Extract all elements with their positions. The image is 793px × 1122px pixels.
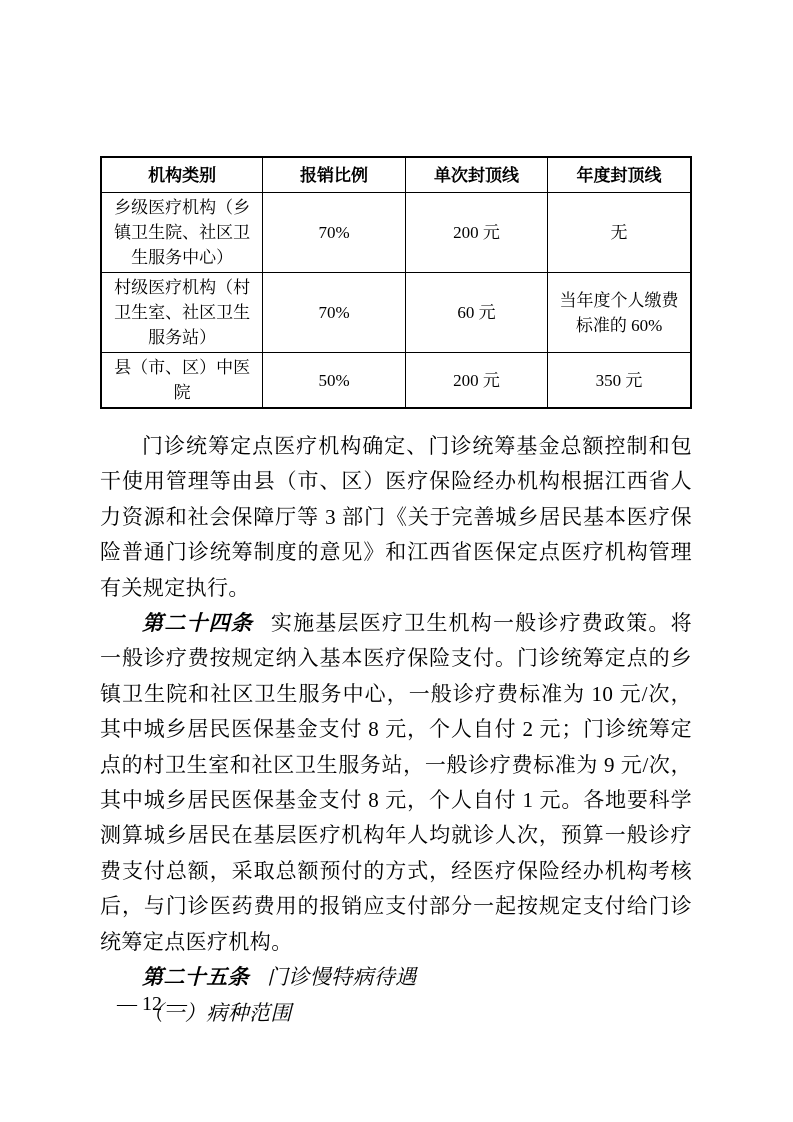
paragraph-subsection-disease-scope: （一）病种范围 <box>100 996 692 1031</box>
cell-ratio: 50% <box>263 353 406 409</box>
cell-institution: 乡级医疗机构（乡镇卫生院、社区卫生服务中心） <box>101 193 263 273</box>
reimbursement-table: 机构类别 报销比例 单次封顶线 年度封顶线 乡级医疗机构（乡镇卫生院、社区卫生服… <box>100 156 692 409</box>
table-header-row: 机构类别 报销比例 单次封顶线 年度封顶线 <box>101 157 691 193</box>
table-row: 县（市、区）中医院 50% 200 元 350 元 <box>101 353 691 409</box>
paragraph-outpatient-management: 门诊统筹定点医疗机构确定、门诊统筹基金总额控制和包干使用管理等由县（市、区）医疗… <box>100 429 692 606</box>
cell-per-visit-cap: 60 元 <box>405 273 547 353</box>
article-number: 第二十四条 <box>142 611 253 635</box>
body-text: 门诊统筹定点医疗机构确定、门诊统筹基金总额控制和包干使用管理等由县（市、区）医疗… <box>100 429 692 1031</box>
column-header-per-visit-cap: 单次封顶线 <box>405 157 547 193</box>
column-header-reimbursement-ratio: 报销比例 <box>263 157 406 193</box>
cell-per-visit-cap: 200 元 <box>405 193 547 273</box>
column-header-institution-type: 机构类别 <box>101 157 263 193</box>
article-number: 第二十五条 <box>142 965 249 989</box>
cell-annual-cap: 350 元 <box>548 353 691 409</box>
cell-per-visit-cap: 200 元 <box>405 353 547 409</box>
table-row: 乡级医疗机构（乡镇卫生院、社区卫生服务中心） 70% 200 元 无 <box>101 193 691 273</box>
paragraph-text: 门诊统筹定点医疗机构确定、门诊统筹基金总额控制和包干使用管理等由县（市、区）医疗… <box>100 434 692 600</box>
table-row: 村级医疗机构（村卫生室、社区卫生服务站） 70% 60 元 当年度个人缴费标准的… <box>101 273 691 353</box>
cell-institution: 县（市、区）中医院 <box>101 353 263 409</box>
cell-ratio: 70% <box>263 193 406 273</box>
paragraph-article-24: 第二十四条实施基层医疗卫生机构一般诊疗费政策。将一般诊疗费按规定纳入基本医疗保险… <box>100 606 692 960</box>
column-header-annual-cap: 年度封顶线 <box>548 157 691 193</box>
document-page: 机构类别 报销比例 单次封顶线 年度封顶线 乡级医疗机构（乡镇卫生院、社区卫生服… <box>0 0 793 1122</box>
page-number: — 12 — <box>117 993 187 1016</box>
article-title: 门诊慢特病待遇 <box>267 965 417 989</box>
cell-ratio: 70% <box>263 273 406 353</box>
cell-annual-cap: 无 <box>548 193 691 273</box>
document-content: 机构类别 报销比例 单次封顶线 年度封顶线 乡级医疗机构（乡镇卫生院、社区卫生服… <box>100 156 692 1031</box>
cell-annual-cap: 当年度个人缴费标准的 60% <box>548 273 691 353</box>
paragraph-article-25: 第二十五条门诊慢特病待遇 <box>100 960 692 995</box>
paragraph-text: 实施基层医疗卫生机构一般诊疗费政策。将一般诊疗费按规定纳入基本医疗保险支付。门诊… <box>100 611 692 954</box>
cell-institution: 村级医疗机构（村卫生室、社区卫生服务站） <box>101 273 263 353</box>
